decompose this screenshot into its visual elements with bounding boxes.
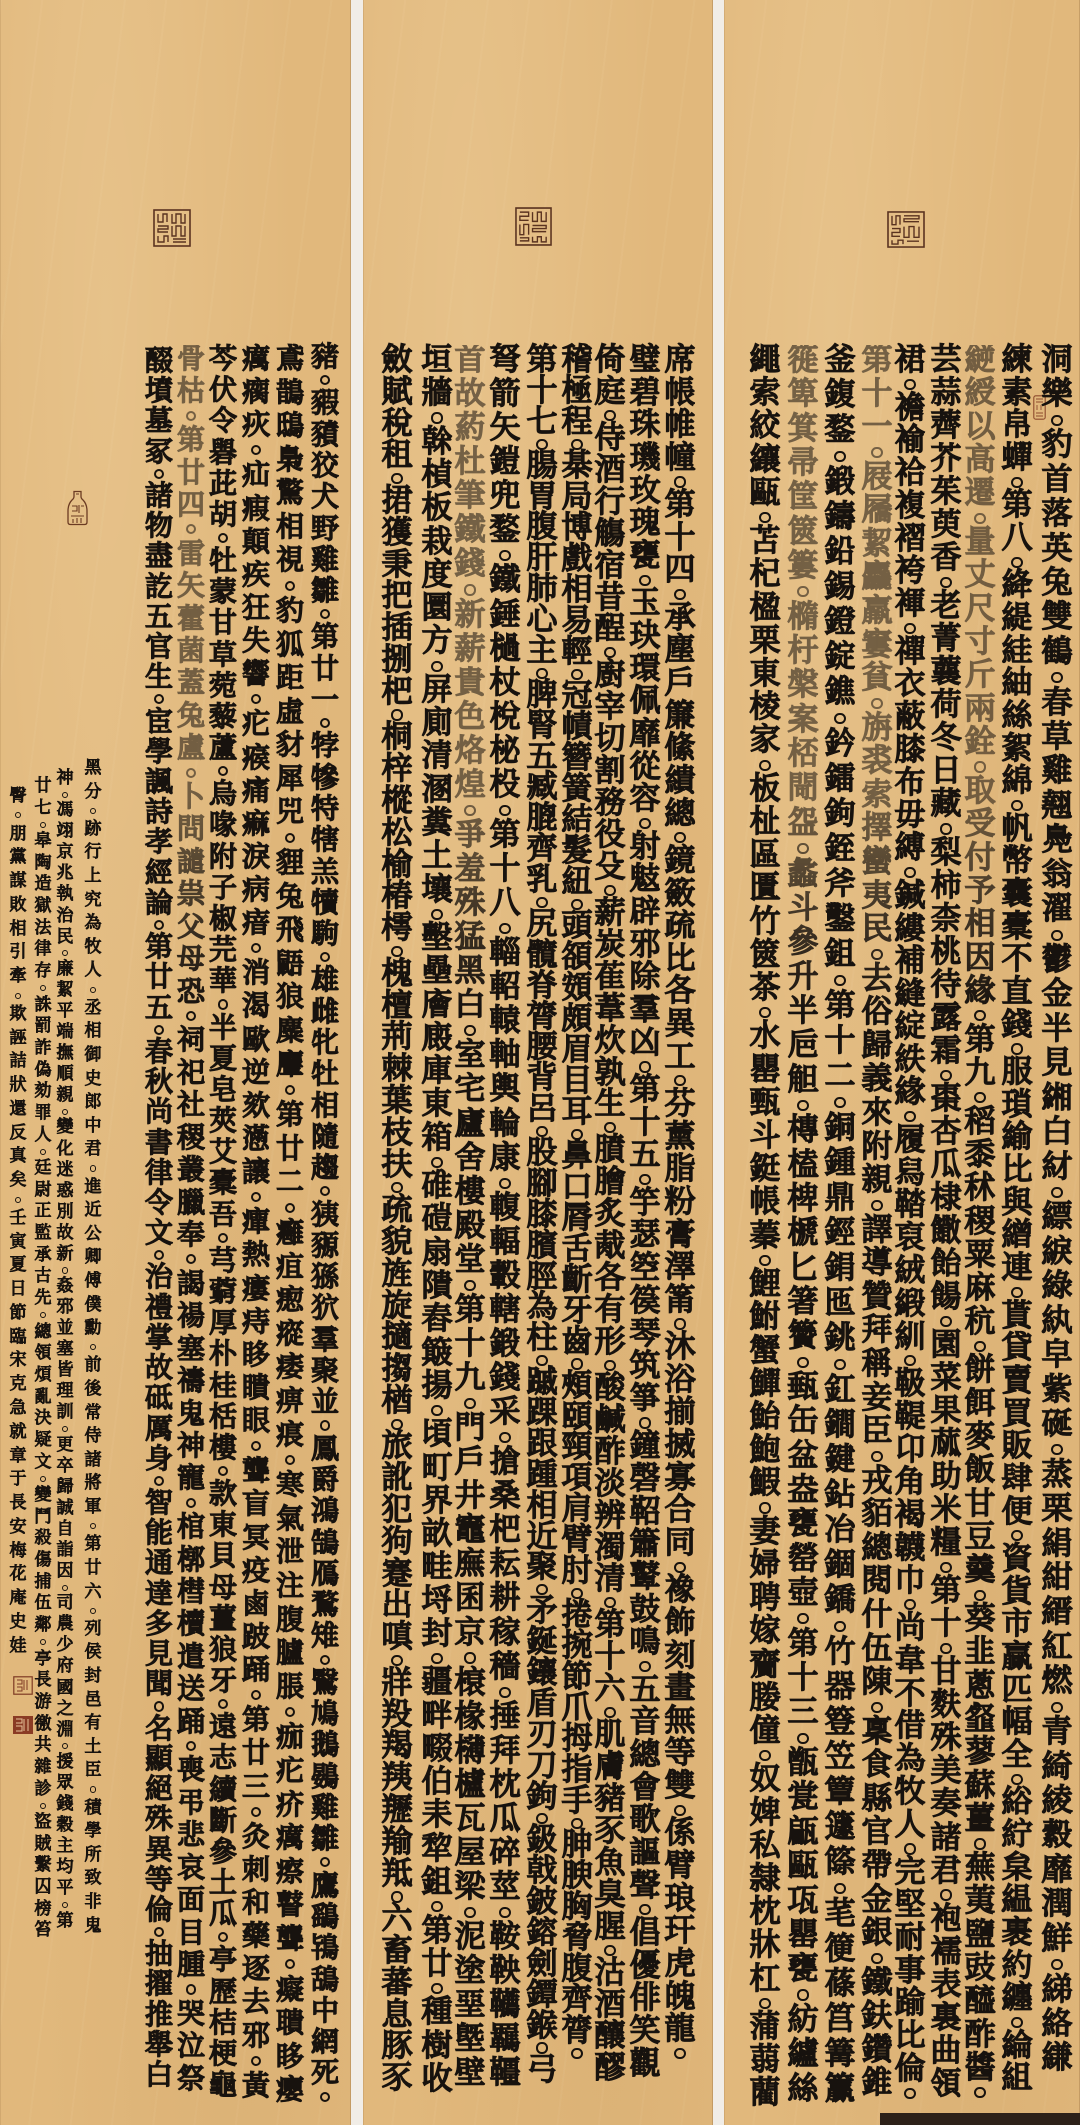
glyph: 志 [209, 1744, 237, 1772]
glyph: 劾 [35, 1083, 52, 1100]
glyph: 菜 [931, 1363, 962, 1394]
glyph: 羠 [382, 1763, 413, 1794]
glyph: 飾 [665, 1608, 696, 1639]
glyph: 畦 [422, 1552, 453, 1583]
punctuation-dot [797, 1100, 808, 1111]
glyph: 鶩 [311, 1591, 339, 1619]
glyph: 錢 [490, 1363, 521, 1394]
glyph: 鈒 [527, 1825, 558, 1856]
glyph: 疆 [422, 1667, 453, 1698]
glyph: 京 [455, 1618, 486, 1649]
glyph: 劍 [527, 1949, 558, 1980]
glyph: 羞 [455, 854, 486, 885]
glyph: 冠 [562, 681, 593, 712]
glyph: 方 [422, 626, 453, 657]
punctuation-dot [871, 447, 882, 458]
glyph: 檀 [382, 991, 413, 1022]
glyph: 履 [895, 1125, 926, 1156]
glyph: 第 [788, 1629, 819, 1660]
glyph: 縑 [1042, 2043, 1073, 2074]
glyph: 幢 [665, 443, 696, 474]
punctuation-dot [218, 1699, 228, 1709]
glyph: 第 [276, 1101, 304, 1129]
glyph: 甄 [750, 1088, 781, 1119]
glyph: 沽 [595, 1958, 626, 1989]
calligraphy-column: 洞樂豹首落英兔雙鶴春草雞翹鳧翁濯鬱金半見緗白䊷縹綟綠紈皁紫硟蒸栗絹紺縉紅燃青綺綾… [1039, 345, 1075, 2075]
punctuation-dot [904, 1355, 915, 1366]
glyph: 韋 [895, 1646, 926, 1677]
glyph: 第 [311, 623, 339, 651]
glyph: 響 [242, 660, 270, 688]
punctuation-dot [797, 843, 808, 854]
glyph: 膂 [527, 1002, 558, 1033]
glyph: 薰 [665, 1122, 696, 1153]
glyph: 篌 [630, 1286, 661, 1317]
glyph: 種 [422, 1997, 453, 2028]
glyph: 息 [382, 2000, 413, 2031]
glyph: 裘 [862, 746, 893, 777]
glyph: 霜 [931, 1036, 962, 1067]
glyph: 卬 [895, 1435, 926, 1466]
glyph: 紫 [1042, 1375, 1073, 1406]
glyph: 遷 [965, 478, 996, 509]
glyph: 網 [311, 2028, 339, 2056]
glyph: 紬 [1002, 668, 1033, 699]
glyph: 領 [35, 1345, 52, 1362]
glyph: 棊 [562, 451, 593, 482]
glyph: 龍 [665, 2014, 696, 2045]
glyph: 常 [85, 1405, 102, 1422]
glyph: 予 [965, 876, 996, 907]
glyph: 半 [1042, 1014, 1073, 1045]
glyph: 杠 [750, 1964, 781, 1995]
glyph: 匱 [750, 873, 781, 904]
glyph: 帆 [1002, 814, 1033, 845]
glyph: 齒 [562, 1327, 593, 1358]
glyph: 狀 [10, 1077, 27, 1094]
punctuation-dot [1051, 1444, 1062, 1455]
glyph: 䍽 [382, 1795, 413, 1826]
glyph: 來 [862, 1098, 893, 1129]
glyph: 麞 [276, 1051, 304, 1079]
glyph: 承 [35, 1247, 52, 1264]
glyph: 醯 [965, 1986, 996, 2017]
punctuation-dot [90, 1608, 96, 1614]
square-seal-icon [153, 209, 191, 247]
glyph: 雛 [311, 1825, 339, 1853]
glyph: 侍 [85, 1428, 102, 1445]
glyph: 鐳 [825, 764, 856, 795]
glyph: 人 [85, 962, 102, 979]
glyph: 心 [527, 605, 558, 636]
glyph: 擢 [145, 1970, 173, 1998]
glyph: 桐 [382, 722, 413, 753]
glyph: 一 [311, 686, 339, 714]
glyph: 痮 [276, 1421, 304, 1449]
glyph: 司 [57, 1595, 74, 1612]
calligraphy-column: 繩索絞纕甌苫杞楹栗東棱家板杫區匱竹篋茶水罌甄斗鋌帳蓁鯉鮒蟹鱓鮐鮑鰕妻婦聘嫁齎媵僮… [747, 345, 783, 2110]
glyph: 廷 [35, 1160, 52, 1177]
glyph: 珠 [630, 410, 661, 441]
punctuation-dot [62, 1743, 68, 1749]
glyph: 積 [85, 1800, 102, 1817]
glyph: 比 [1002, 1155, 1033, 1186]
glyph: 壺 [788, 1578, 819, 1609]
glyph: 藥 [242, 1922, 270, 1950]
glyph: 臂 [665, 1851, 696, 1882]
glyph: 插 [382, 613, 413, 644]
punctuation-dot [1011, 1043, 1022, 1054]
glyph: 耘 [490, 1549, 521, 1580]
glyph: 枕 [490, 1770, 521, 1801]
glyph: 兔 [177, 702, 205, 730]
calligraphy-column: 醊墳墓冢諸物盡訖五官生宦學諷詩孝經論第廿五春秋尚書律令文治禮掌故砥厲身智能通達多… [143, 347, 175, 2090]
glyph: 視 [276, 546, 304, 574]
glyph: 疾 [242, 561, 270, 589]
glyph: 斂 [382, 345, 413, 376]
glyph: 等 [145, 1866, 173, 1894]
glyph: 婦 [750, 1550, 781, 1581]
punctuation-dot [639, 575, 650, 586]
glyph: 錮 [825, 1550, 856, 1581]
glyph: 鍵 [825, 1445, 856, 1476]
square-seal-icon [515, 207, 552, 246]
glyph: 複 [895, 491, 926, 522]
glyph: 詐 [35, 1040, 52, 1057]
glyph: 稻 [965, 1107, 996, 1138]
calligraphy-column: 斂賦稅租捃獲秉把插捌杷桐梓樅松榆椿樗槐檀荊棘葉枝扶疏貌旌旋擿搊楢旅訛犯狗蹇出嗔牂… [379, 345, 415, 2095]
glyph: 生 [595, 1089, 626, 1120]
punctuation-dot [186, 1498, 196, 1508]
glyph: 鍛 [490, 1329, 521, 1360]
glyph: 轄 [490, 1295, 521, 1326]
glyph: 秫 [965, 1173, 996, 1204]
glyph: 炙 [595, 1199, 626, 1230]
glyph: 舌 [562, 1234, 593, 1265]
glyph: 近 [527, 1522, 558, 1553]
glyph: 行 [595, 487, 626, 518]
glyph: 借 [895, 1711, 926, 1742]
glyph: 分 [85, 784, 102, 801]
glyph: 豕 [382, 2063, 413, 2094]
glyph: 水 [750, 1021, 781, 1052]
glyph: 腸 [527, 451, 558, 482]
glyph: 親 [57, 1087, 74, 1104]
glyph: 盧 [177, 734, 205, 762]
punctuation-dot [834, 713, 845, 724]
glyph: 詰 [10, 1053, 27, 1070]
punctuation-dot [904, 1599, 915, 1610]
glyph: 顛 [242, 528, 270, 556]
punctuation-dot [974, 1341, 985, 1352]
glyph: 囊 [1002, 879, 1033, 910]
glyph: 食 [862, 1750, 893, 1781]
glyph: 矢 [490, 413, 521, 444]
glyph: 贏 [1002, 1642, 1033, 1673]
punctuation-dot [320, 1655, 330, 1665]
glyph: 箯 [825, 1934, 856, 1965]
glyph: 呂 [527, 1094, 558, 1125]
glyph: 比 [665, 944, 696, 975]
glyph: 孝 [145, 828, 173, 856]
glyph: 鍑 [825, 380, 856, 411]
glyph: 捲 [562, 1600, 593, 1631]
calligraphy-column: 癘瘸疢疝瘕顛疾狂失響疕瘊痛痲淚病瘖消渴歐逆欬懣讓癉熱瘻痔眵瞶眼聾盲冥疫鹵跛踊第廿… [240, 345, 272, 2100]
glyph: 鮐 [750, 1402, 781, 1433]
glyph: 戶 [455, 1447, 486, 1478]
glyph: 蒲 [750, 2012, 781, 2043]
glyph: 畝 [422, 1519, 453, 1550]
punctuation-dot [154, 1025, 164, 1035]
glyph: 第 [57, 1913, 74, 1930]
punctuation-dot [674, 2048, 685, 2059]
glyph: 六 [595, 1674, 626, 1705]
glyph: 繢 [665, 766, 696, 797]
glyph: 列 [85, 1621, 102, 1638]
glyph: 徼 [35, 1716, 52, 1733]
glyph: 以 [965, 412, 996, 443]
glyph: 聚 [527, 1552, 558, 1583]
glyph: 鷂 [311, 1903, 339, 1931]
glyph: 銓 [965, 727, 996, 758]
punctuation-dot [431, 1157, 442, 1168]
glyph: 邪 [57, 1299, 74, 1316]
glyph: 佩 [630, 686, 661, 717]
glyph: 薪 [455, 634, 486, 665]
punctuation-dot [90, 1344, 96, 1350]
punctuation-dot [62, 950, 68, 956]
glyph: 瓜 [490, 1804, 521, 1835]
punctuation-dot [674, 476, 685, 487]
glyph: 矛 [527, 1596, 558, 1627]
punctuation-dot [834, 451, 845, 462]
glyph: 屐 [862, 462, 893, 493]
glyph: 蒜 [931, 378, 962, 409]
glyph: 京 [57, 844, 74, 861]
glyph: 榆 [382, 850, 413, 881]
glyph: 四 [177, 491, 205, 519]
glyph: 緣 [965, 976, 996, 1007]
glyph: 賦 [382, 377, 413, 408]
calligraphy-column: 稽極程棊局博戲相易輕冠幘簪簧結髮紐頭頟頞頗眉目耳鼻口脣舌齗牙齒頰頤頸項肩臂肘捲捥… [559, 345, 595, 2060]
glyph: 弓 [527, 2055, 558, 2086]
glyph: 蠡 [788, 859, 819, 890]
glyph: 絲 [788, 2074, 819, 2105]
glyph: 禮 [145, 1294, 173, 1322]
glyph: 歐 [242, 1026, 270, 1054]
glyph: 決 [35, 1410, 52, 1427]
glyph: 無 [665, 1706, 696, 1737]
glyph: 引 [10, 944, 27, 961]
glyph: 卿 [85, 1249, 102, 1266]
glyph: 公 [85, 1226, 102, 1243]
punctuation-dot [1011, 1774, 1022, 1785]
glyph: 褌 [895, 589, 926, 620]
punctuation-dot [871, 1200, 882, 1211]
glyph: 為 [85, 915, 102, 932]
glyph: 首 [1042, 465, 1073, 496]
glyph: 輿 [490, 1074, 521, 1105]
punctuation-dot [186, 411, 196, 421]
glyph: 春 [1042, 688, 1073, 719]
glyph: 豹 [276, 597, 304, 625]
punctuation-dot [431, 661, 442, 672]
glyph: 禓 [177, 1302, 205, 1330]
glyph: 餌 [965, 1389, 996, 1420]
glyph: 罌 [788, 1920, 819, 1951]
punctuation-dot [674, 1805, 685, 1816]
glyph: 箏 [630, 1384, 661, 1415]
glyph: 膝 [895, 735, 926, 766]
glyph: 婢 [750, 1798, 781, 1829]
glyph: 槃 [788, 670, 819, 701]
glyph: 上 [85, 868, 102, 885]
glyph: 緞 [895, 1289, 926, 1320]
punctuation-dot [251, 1441, 261, 1451]
glyph: 安 [10, 1519, 27, 1536]
glyph: 優 [630, 1951, 661, 1982]
punctuation-dot [218, 766, 228, 776]
glyph: 民 [57, 929, 74, 946]
glyph: 揚 [422, 1371, 453, 1402]
glyph: 妻 [750, 1517, 781, 1548]
glyph: 組 [1002, 2063, 1033, 2094]
glyph: 竹 [750, 907, 781, 938]
glyph: 脹 [276, 1673, 304, 1701]
glyph: 變 [57, 1119, 74, 1136]
punctuation-dot [40, 1803, 46, 1809]
glyph: 袍 [931, 1904, 962, 1935]
punctuation-dot [759, 1255, 770, 1266]
glyph: 錢 [57, 1796, 74, 1813]
glyph: 切 [595, 724, 626, 755]
glyph: 絹 [1042, 1529, 1073, 1560]
glyph: 鹵 [242, 1590, 270, 1618]
glyph: 橐 [1002, 912, 1033, 943]
glyph: 青 [1042, 1717, 1073, 1748]
glyph: 雞 [311, 1794, 339, 1822]
glyph: 壘 [422, 956, 453, 987]
glyph: 賣 [1002, 1366, 1033, 1397]
glyph: 豆 [965, 1522, 996, 1553]
glyph: 酒 [595, 1990, 626, 2021]
glyph: 稱 [862, 1349, 893, 1380]
glyph: 鋞 [825, 1218, 856, 1249]
glyph: 頃 [422, 1419, 453, 1450]
glyph: 廁 [422, 708, 453, 739]
glyph: 鴰 [311, 1966, 339, 1994]
glyph: 園 [931, 1330, 962, 1361]
glyph: 簫 [630, 1529, 661, 1560]
glyph: 膏 [665, 1220, 696, 1251]
glyph: 栽 [422, 527, 453, 558]
glyph: 辨 [595, 1501, 626, 1532]
glyph: 縉 [1042, 1597, 1073, 1628]
glyph: 誠 [57, 1500, 74, 1517]
glyph: 筥 [825, 2004, 856, 2035]
glyph: 縷 [895, 914, 926, 945]
glyph: 溷 [422, 775, 453, 806]
glyph: 三 [788, 1697, 819, 1728]
glyph: 第 [85, 1536, 102, 1553]
glyph: 祟 [177, 880, 205, 908]
glyph: 縠 [1042, 1820, 1073, 1851]
glyph: 枯 [177, 377, 205, 405]
glyph: 鮮 [1042, 1924, 1073, 1955]
glyph: 見 [1042, 1048, 1073, 1079]
glyph: 縫 [895, 979, 926, 1010]
punctuation-dot [40, 1312, 46, 1318]
glyph: 雷 [177, 540, 205, 568]
glyph: 缶 [788, 1406, 819, 1437]
glyph: 結 [562, 805, 593, 836]
glyph: 叢 [177, 1156, 205, 1184]
glyph: 因 [965, 943, 996, 974]
glyph: 消 [242, 959, 270, 987]
glyph: 鐈 [825, 1585, 856, 1616]
punctuation-dot [834, 1621, 845, 1632]
glyph: 豬 [595, 1784, 626, 1815]
punctuation-dot [15, 1197, 21, 1203]
glyph: 撫 [57, 1045, 74, 1062]
glyph: 㹫 [311, 1201, 339, 1229]
glyph: 囷 [455, 1583, 486, 1614]
punctuation-dot [218, 1466, 228, 1476]
glyph: 巾 [895, 1566, 926, 1597]
glyph: 狖 [311, 1294, 339, 1322]
glyph: 犯 [382, 1495, 413, 1526]
glyph: 六 [382, 1904, 413, 1935]
glyph: 一 [862, 412, 893, 443]
glyph: 通 [145, 1549, 173, 1577]
glyph: 蟹 [750, 1336, 781, 1367]
glyph: 寅 [10, 1234, 27, 1251]
glyph: 齊 [527, 834, 558, 865]
glyph: 兜 [490, 481, 521, 512]
glyph: 刀 [527, 1751, 558, 1782]
glyph: 醪 [595, 2053, 626, 2084]
glyph: 繒 [1002, 1220, 1033, 1251]
glyph: 相 [965, 909, 996, 940]
glyph: 夷 [862, 881, 893, 912]
glyph: 伍 [35, 1595, 52, 1612]
glyph: 鞀 [630, 1497, 661, 1528]
glyph: 臨 [10, 1329, 27, 1346]
glyph: 文 [145, 1219, 173, 1247]
glyph: 角 [895, 1467, 926, 1498]
glyph: 廿 [35, 778, 52, 795]
glyph: 尚 [895, 1613, 926, 1644]
glyph: 閱 [862, 1566, 893, 1597]
glyph: 文 [35, 1454, 52, 1471]
glyph: 栗 [1042, 1494, 1073, 1525]
glyph: 祭 [177, 2065, 205, 2093]
glyph: 腹 [527, 512, 558, 543]
glyph: 捶 [490, 1702, 521, 1733]
glyph: 癭 [276, 2076, 304, 2104]
glyph: 羹 [965, 1555, 996, 1586]
glyph: 戟 [527, 1856, 558, 1887]
punctuation-dot [62, 1109, 68, 1115]
glyph: 寡 [665, 1463, 696, 1494]
glyph: 二 [276, 1168, 304, 1196]
glyph: 死 [311, 2059, 339, 2087]
glyph: 槨 [177, 1546, 205, 1574]
glyph: 頞 [562, 973, 593, 1004]
glyph: 蒻 [750, 2045, 781, 2076]
glyph: 裙 [895, 345, 926, 376]
glyph: 國 [57, 1680, 74, 1697]
